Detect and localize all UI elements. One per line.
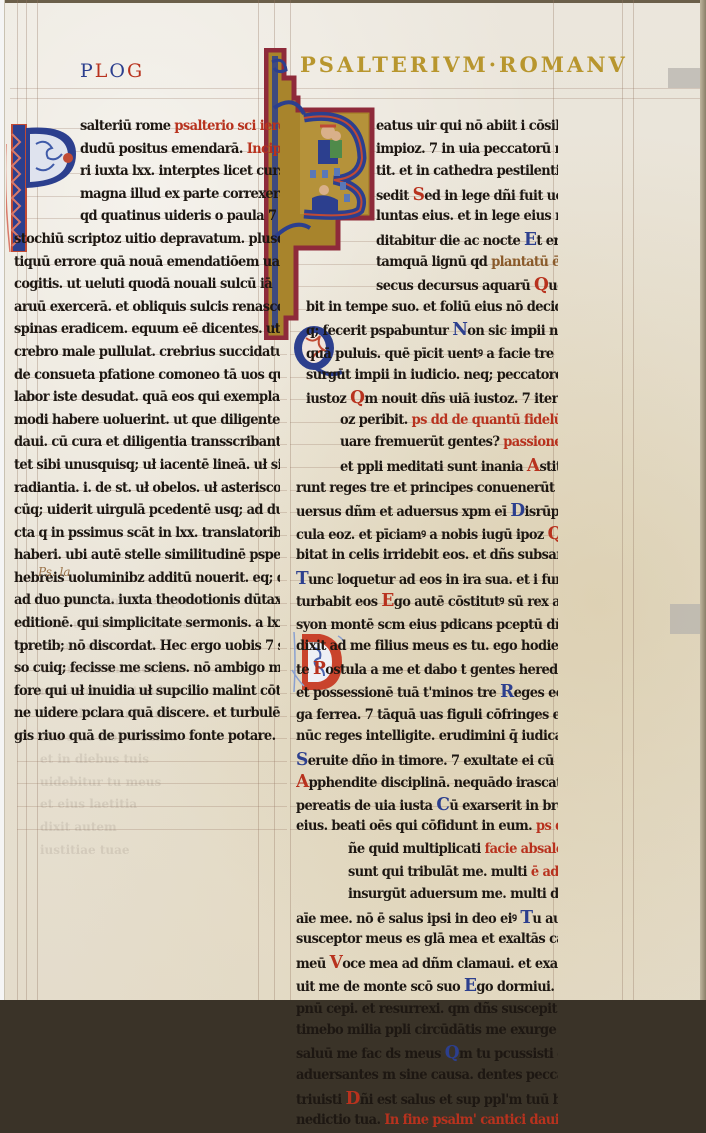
text-line: turbabit eos Ego autē cōstitutꝰ sū rex a… [296, 590, 558, 614]
text-segment: sunt qui tribulāt me. multi [348, 864, 531, 880]
lombard-initial: E [464, 975, 476, 996]
text-line: tiquū errore quā nouā emendatiōem ualere… [14, 251, 280, 275]
text-segment: pphendite disciplinā. nequādo irascat dñ… [309, 776, 558, 792]
text-line: radiantia. i. de st. uł obelos. uł aster… [14, 477, 280, 501]
header-letter: P [80, 60, 95, 82]
ruling-line [622, 0, 623, 1000]
text-segment: bit in tempe suo. et foliū eius nō decid… [306, 299, 558, 315]
text-segment: dixit ad me filius meus es tu. ego hodie… [296, 638, 558, 654]
text-segment: sedit [376, 188, 413, 204]
text-line: sunt qui tribulāt me. multi ē ad pcēm de… [348, 861, 558, 885]
text-line: ñe quid multiplicati facie absalō filij … [348, 838, 558, 862]
text-line: pnū cepi. et resurrexi. qm dñs suscepit … [296, 997, 558, 1000]
text-segment: et ppli meditati sunt inania [340, 460, 527, 476]
text-line: nūc reges intelligite. erudimini q̄ iudi… [296, 725, 558, 749]
text-segment: on sic impii nō sic. s; tā [467, 324, 558, 340]
text-segment: eius. beati oēs qui cōfidunt in eum. [296, 819, 536, 835]
text-segment: eruite dño in timore. 7 exultate ei cū t… [308, 753, 558, 769]
text-line: et possessionē tuā t'minos tre Reges eos… [296, 680, 558, 704]
text-segment: secus decursus aquarū [376, 279, 534, 295]
rubric-text: ps dd de quantū fidelū xpi [412, 412, 558, 428]
lombard-initial: A [296, 772, 309, 793]
text-line: spinas eradicem. equum eē dicentes. ut q… [14, 319, 280, 343]
header-letter: O [109, 60, 127, 82]
text-line: aīe mee. nō ē salus ipsi in deo eiꝰ Tu a… [296, 906, 558, 930]
text-segment: m nouit dñs uiā iustoz. 7 iter impi [364, 392, 558, 408]
text-line: ga ferrea. 7 tāquā uas figuli cōfringes … [296, 703, 558, 727]
text-segment: aīe mee. nō ē salus ipsi in deo eiꝰ [296, 911, 520, 927]
lombard-initial: P [313, 659, 325, 680]
text-segment: uersus dñm et aduersus xpm eī [296, 505, 510, 521]
text-segment: go autē cōstitutꝰ sū rex ab eo sup [394, 595, 558, 611]
text-segment: tit. et in cathedra pestilentie nō [376, 164, 558, 180]
text-line: tamquā lignū qd plantatū ē [376, 251, 558, 275]
text-segment: cula eoz. et pīciamꝰ a nobis iugū ipoz [296, 527, 548, 543]
text-segment: uare fremuerūt gentes? [340, 435, 503, 451]
text-line: bit in tempe suo. et foliū eius nō decid… [306, 296, 558, 320]
text-line: runt reges tre et principes conuenerūt i… [296, 477, 558, 501]
lombard-initial: Q [350, 388, 364, 409]
lombard-initial: Q [534, 275, 548, 296]
ruling-line [633, 0, 634, 1000]
text-line: labor iste desudat. quā eos qui exemplar… [14, 387, 280, 411]
text-line: cta q in pssimus scāt in lxx. translator… [14, 522, 280, 546]
text-line: syon montē scm eius pdicans pceptū dñi D… [296, 612, 558, 636]
text-segment: ed in lege dñi fuit uo [424, 188, 558, 204]
repair-tab-top [668, 68, 700, 88]
text-segment: surgūt impii in iudicio. neq; peccatores… [306, 367, 558, 383]
text-segment: ū exarserit in breui ira [449, 798, 558, 814]
marginal-note: Ps. la [38, 565, 71, 579]
text-line: Tunc loquetur ad eos in ira sua. et i fu… [296, 567, 558, 591]
text-segment: go dormiui. 7 so [476, 979, 558, 995]
text-line: bitat in celis irridebit eos. et dñs sub… [296, 545, 558, 569]
lombard-initial: E [381, 591, 393, 612]
text-line: surgūt impii in iudicio. neq; peccatores… [306, 364, 558, 388]
text-segment: u autē dñe [532, 911, 558, 927]
text-line: quā puluis. quē pīcit uentꝰ a facie tre … [306, 341, 558, 365]
text-segment: uod fructū suū da [548, 279, 558, 295]
text-line: tit. et in cathedra pestilentie nō [376, 161, 558, 185]
text-line: et ppli meditati sunt inania Astite [340, 454, 558, 478]
text-segment: oce mea ad dñm clamaui. et exaudi [342, 957, 558, 973]
page-left-edge [0, 0, 5, 1000]
rubric-text: passione. [503, 435, 558, 451]
text-segment: ditabitur die ac nocte [376, 234, 524, 250]
text-line: de consueta pfatione comoneo tā uos quib… [14, 364, 280, 388]
text-line: Seruite dño in timore. 7 exultate ei cū … [296, 748, 558, 772]
text-segment: meū [296, 957, 330, 973]
lombard-initial: T [296, 568, 308, 589]
text-line: uit me de monte scō suo Ego dormiui. 7 s… [296, 974, 558, 998]
text-segment: susceptor meus es glā mea et exaltās cap… [296, 932, 558, 948]
lombard-initial: C [436, 794, 449, 815]
text-line: susceptor meus es glā mea et exaltās cap… [296, 929, 558, 953]
text-segment: ostula a me et dabo t gentes hereditatē … [325, 663, 558, 679]
text-line: cula eoz. et pīciamꝰ a nobis iugū ipoz Q… [296, 522, 558, 546]
text-segment: bitat in celis irridebit eos. et dñs sub… [296, 548, 558, 564]
lombard-initial: R [500, 681, 514, 702]
page-right-edge [700, 0, 706, 1000]
lombard-initial: Q [548, 523, 558, 544]
lombard-initial: D [510, 501, 524, 522]
text-segment: tamquā lignū qd [376, 254, 491, 270]
text-line: ditabitur die ac nocte Et erit [376, 228, 558, 252]
text-segment: ñe quid multiplicati [348, 842, 485, 858]
text-line: te Postula a me et dabo t gentes heredit… [296, 658, 558, 682]
text-line: secus decursus aquarū Quod fructū suū da [376, 274, 558, 298]
text-line: stochiū scriptoz uitio depravatum. plusq… [14, 228, 280, 252]
header-letter: G [127, 60, 144, 82]
text-line: cogitis. ut ueluti quodā nouali sulcū iā [14, 274, 280, 298]
text-line: tet sibi unusquisq; uł iacentē lineā. uł… [14, 454, 280, 478]
text-line: uare fremuerūt gentes? passione. [340, 432, 558, 456]
text-line: dixit ad me filius meus es tu. ego hodie… [296, 635, 558, 659]
text-line: uersus dñm et aduersus xpm eī Disrūpamꝰ … [296, 500, 558, 524]
text-line: meū Voce mea ad dñm clamaui. et exaudi [296, 951, 558, 975]
lombard-initial: I [557, 342, 558, 363]
text-segment: uit me de monte scō suo [296, 979, 464, 995]
running-header-prologue: PLOG [80, 60, 144, 82]
text-segment: eatus uir qui nō abiit i cōsilio [376, 119, 558, 135]
text-segment: unc loquetur ad eos in ira sua. et i fur… [308, 573, 558, 589]
rubric-text: facie absalō filij sui. ps [485, 842, 558, 858]
text-line: sedit Sed in lege dñi fuit uo [376, 183, 558, 207]
text-line: pereatis de uia iusta Cū exarserit in br… [296, 793, 558, 817]
lombard-initial: N [452, 320, 467, 341]
text-segment: ga ferrea. 7 tāquā uas figuli cōfringes … [296, 708, 558, 724]
lombard-initial: T [520, 907, 532, 928]
lombard-initial: S [413, 184, 425, 205]
text-line: daui. cū cura et diligentia transscriban… [14, 432, 280, 456]
text-line: eius. beati oēs qui cōfidunt in eum. ps … [296, 816, 558, 840]
lombard-initial: E [524, 229, 536, 250]
text-line: ri iuxta lxx. interptes licet cursim [80, 161, 280, 185]
text-line: dudū positus emendarā. Incipit [80, 138, 280, 162]
text-line: iustoz Qm nouit dñs uiā iustoz. 7 iter i… [306, 387, 558, 411]
text-line: modi habere uoluerint. ut que diligenter… [14, 409, 280, 433]
text-segment: t erit [536, 234, 558, 250]
text-line: luntas eius. et in lege eius me [376, 206, 558, 230]
text-segment: turbabit eos [296, 595, 381, 611]
text-line: salteriū rome psalterio sci ieronimi pbr… [80, 115, 280, 139]
text-line: Apphendite disciplinā. nequādo irascat d… [296, 771, 558, 795]
text-segment: et possessionē tuā t'minos tre [296, 686, 500, 702]
rubric-text: ps dd cū fugeret a [536, 819, 558, 835]
repair-tab-bottom [670, 604, 700, 634]
text-line: oz peribit. ps dd de quantū fidelū xpi [340, 409, 558, 433]
text-segment: pereatis de uia iusta [296, 798, 436, 814]
rubric-text: plantatū ē [491, 254, 558, 270]
text-segment: eges eos i uir [514, 686, 558, 702]
text-segment: syon montē scm eius pdicans pceptū dñi [296, 618, 558, 634]
text-line: qd quatinus uideris o paula 7 eu [80, 206, 280, 230]
text-segment: stite [539, 460, 558, 476]
text-segment: luntas eius. et in lege eius me [376, 209, 558, 225]
lombard-initial: V [330, 952, 343, 973]
text-line: crebro male pullulat. crebrius succidatu… [14, 341, 280, 365]
header-letter: L [95, 60, 110, 82]
rubric-text: ē ad pcēm de iudeis [531, 864, 558, 880]
text-segment: nūc reges intelligite. erudimini q̄ iudi… [296, 729, 558, 745]
lombard-initial: A [527, 455, 540, 476]
text-line: q; fecerit pspabuntur Non sic impii nō s… [306, 319, 558, 343]
text-segment: insurgūt aduersum me. multi dicūt [348, 887, 558, 903]
text-segment: quā puluis. quē pīcit uentꝰ a facie tre [306, 347, 557, 363]
text-line: cūq; uiderit uirgulā pcedentē usq; ad du… [14, 500, 280, 524]
text-segment: impioz. 7 in uia peccatorū nō ste [376, 141, 558, 157]
lombard-initial: S [296, 749, 308, 770]
manuscript-page: PLOG PSALTERIVM·ROMANV [0, 0, 706, 1000]
text-segment: isrūpamꝰ ui [525, 505, 558, 521]
text-line: impioz. 7 in uia peccatorū nō ste [376, 138, 558, 162]
psalm-column: eatus uir qui nō abiit i cōsilioimpioz. … [296, 116, 558, 1000]
text-line: eatus uir qui nō abiit i cōsilio [376, 115, 558, 139]
text-segment: q; fecerit pspabuntur [306, 324, 452, 340]
page-top-edge [0, 0, 706, 3]
text-line: aruū exercerā. et obliquis sulcis renasc… [14, 296, 280, 320]
text-line: insurgūt aduersum me. multi dicūt dicit. [348, 884, 558, 908]
text-segment: oz peribit. [340, 412, 412, 428]
text-segment: te [296, 663, 313, 679]
text-segment: runt reges tre et principes conuenerūt i… [296, 480, 558, 496]
text-line: magna illud ex parte correxeram. [80, 183, 280, 207]
text-segment: iustoz [306, 392, 350, 408]
show-through-text: ut consummare et qui suntcum ueniret die… [40, 590, 222, 861]
